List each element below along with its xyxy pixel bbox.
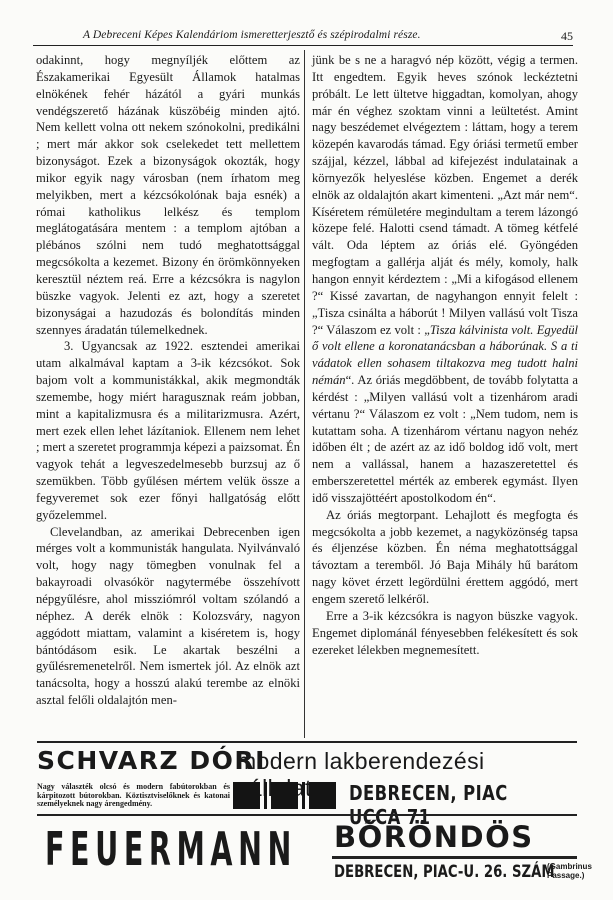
column-divider — [304, 50, 305, 738]
paragraph: odakinnt, hogy megnyíljék előttem az Ész… — [36, 52, 300, 338]
paragraph: Az óriás megtorpant. Lehajlott és megfog… — [312, 507, 578, 608]
divider-rule — [37, 741, 577, 743]
paragraph: 3. Ugyancsak az 1922. esztendei amerikai… — [36, 338, 300, 523]
ad-brand-name: FEUERMANN — [45, 822, 297, 876]
black-block — [233, 782, 260, 809]
paragraph: Erre a 3-ik kézcsókra is nagyon büszke v… — [312, 608, 578, 659]
note-line: Passage.) — [547, 871, 592, 880]
decorative-blocks — [233, 782, 336, 809]
text-run: jünk be s ne a haragvó nép között, végig… — [312, 53, 578, 337]
advertisement-schvarz: SCHVARZ DÓRI modern lakberendezési válla… — [37, 746, 577, 806]
paragraph: jünk be s ne a haragvó nép között, végig… — [312, 52, 578, 507]
divider-rule — [37, 814, 577, 816]
black-block — [271, 782, 298, 809]
ad-address: DEBRECEN, PIAC-U. 26. SZÁM — [334, 862, 555, 882]
right-column: jünk be s ne a haragvó nép között, végig… — [312, 52, 578, 658]
ad-description: Nagy választék olcsó és modern fabútorok… — [37, 783, 230, 809]
left-column: odakinnt, hogy megnyíljék előttem az Ész… — [36, 52, 300, 709]
running-header: A Debreceni Képes Kalendáriom ismeretter… — [33, 28, 573, 46]
advertisement-feuermann: FEUERMANN BŐRÖNDÖS DEBRECEN, PIAC-U. 26.… — [37, 820, 577, 880]
paragraph: Clevelandban, az amerikai Debrecenben ig… — [36, 524, 300, 709]
ad-location-note: (Gambrinus Passage.) — [547, 862, 592, 880]
ad-brand-name: SCHVARZ DÓRI — [37, 746, 266, 775]
header-title: A Debreceni Képes Kalendáriom ismeretter… — [83, 29, 421, 41]
page-number: 45 — [561, 29, 573, 44]
ad-product: BŐRÖNDÖS — [334, 820, 534, 854]
text-run: “. Az óriás megdöbbent, de tovább folyta… — [312, 373, 578, 505]
ad-underline — [332, 856, 577, 859]
note-line: (Gambrinus — [547, 862, 592, 871]
black-block — [309, 782, 336, 809]
